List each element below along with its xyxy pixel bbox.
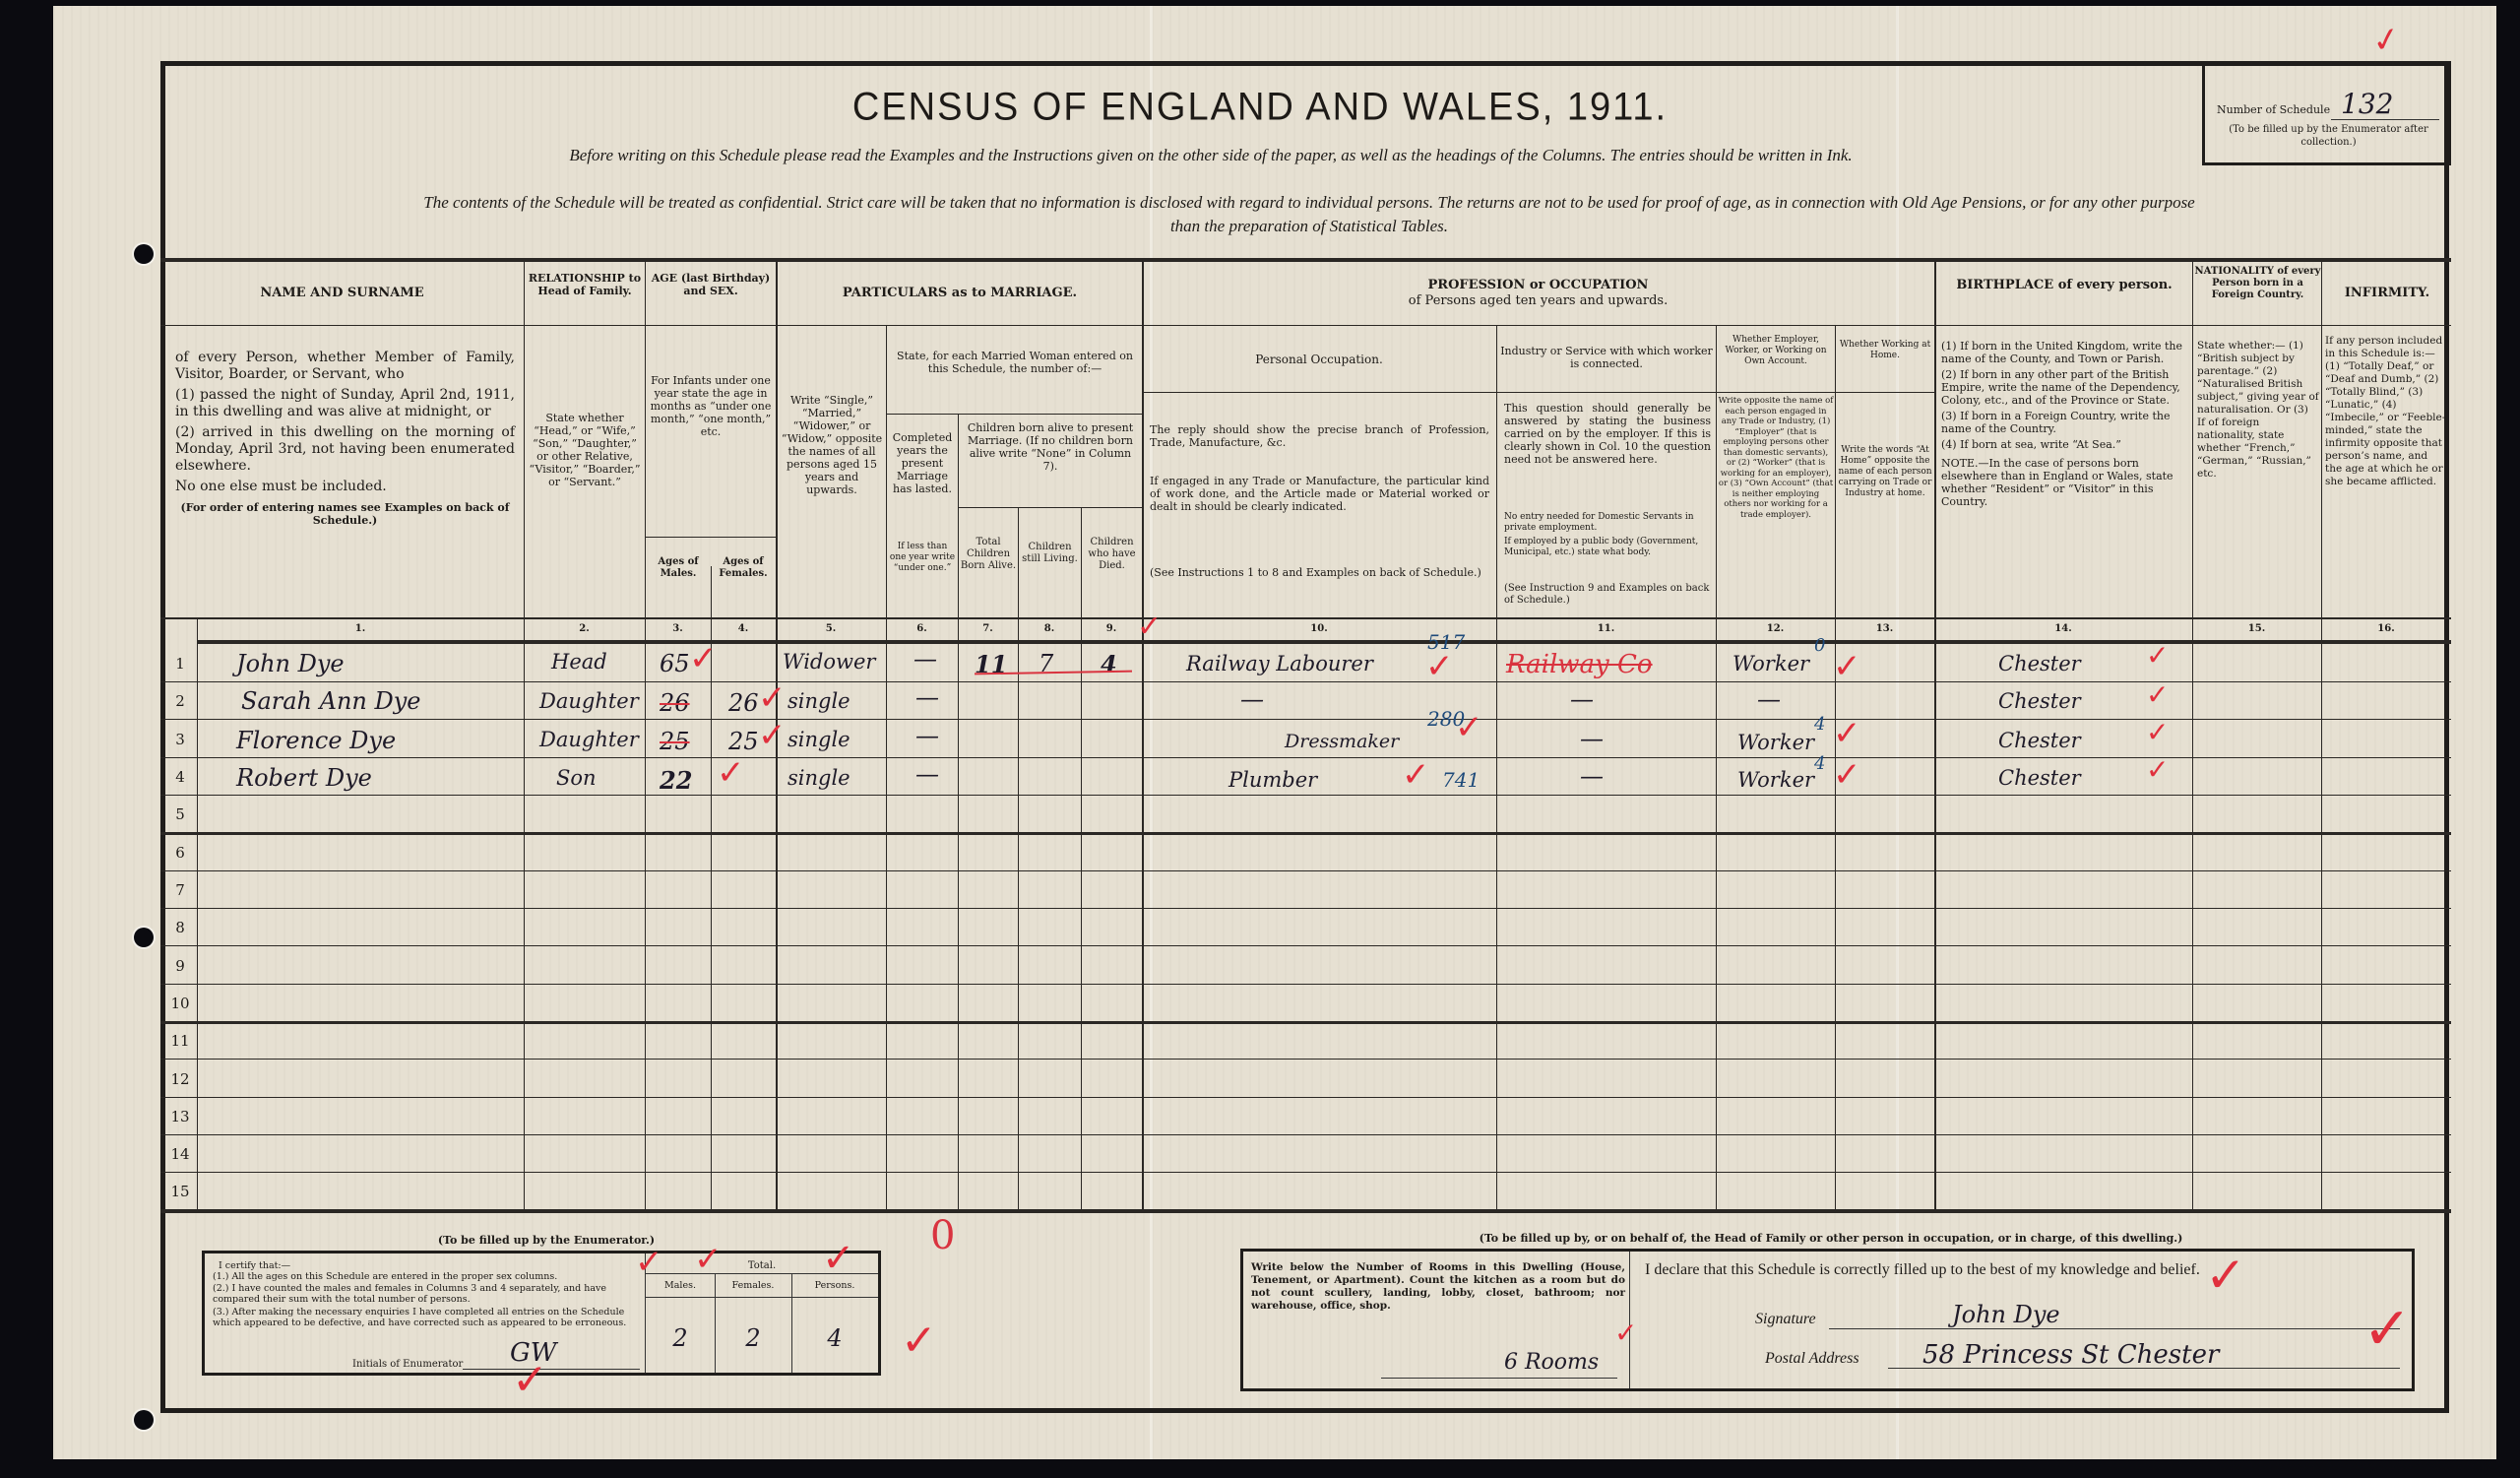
- row-number: 2: [162, 692, 198, 710]
- header-name: NAME AND SURNAME: [160, 286, 524, 300]
- row-number: 10: [162, 995, 198, 1012]
- row-number: 4: [162, 768, 198, 786]
- data-top-rule: [197, 640, 2451, 644]
- column-number: 1.: [197, 623, 524, 634]
- cell-employer-code: 4: [1814, 753, 1825, 774]
- industry-desc-2: No entry needed for Domestic Servants in…: [1504, 512, 1711, 534]
- red-check-icon: ✓: [1137, 612, 1162, 642]
- subheader-rule: [958, 507, 1142, 508]
- rooms-value[interactable]: 6 Rooms: [1504, 1350, 1599, 1375]
- persons-total[interactable]: 4: [791, 1324, 878, 1352]
- col-divider: [1081, 507, 1082, 1209]
- females-label: Females.: [715, 1279, 791, 1292]
- subheader-rule: [1142, 392, 1934, 393]
- column-number: 13.: [1835, 623, 1934, 634]
- schedule-number-value[interactable]: 132: [2341, 88, 2393, 120]
- col-divider: [1716, 325, 1717, 1209]
- cell-industry[interactable]: —: [1580, 725, 1604, 752]
- cell-industry[interactable]: —: [1580, 762, 1604, 790]
- red-check-icon: ✓: [717, 756, 745, 790]
- row-number: 14: [162, 1145, 198, 1163]
- cell-employer[interactable]: Worker: [1737, 731, 1814, 754]
- header-divider: [160, 325, 2451, 326]
- cell-birthplace[interactable]: Chester: [1998, 766, 2081, 790]
- children-died-label: Children who have Died.: [1083, 537, 1141, 572]
- column-number: 2.: [524, 623, 645, 634]
- red-check-icon: ✓: [2146, 681, 2169, 709]
- red-check-icon: ✓: [1455, 711, 1483, 744]
- postal-address-value[interactable]: 58 Princess St Chester: [1922, 1340, 2219, 1370]
- birthplace-note: NOTE.—In the case of persons born elsewh…: [1941, 457, 2189, 508]
- column-number: 11.: [1496, 623, 1716, 634]
- birthplace-desc-1: (1) If born in the United Kingdom, write…: [1941, 340, 2189, 365]
- employer-description: Write opposite the name of each person e…: [1718, 396, 1834, 520]
- row-number: 6: [162, 844, 198, 862]
- birthplace-desc-2: (2) If born in any other part of the Bri…: [1941, 368, 2189, 407]
- col-divider: [2321, 258, 2322, 1209]
- industry-desc-4: (See Instruction 9 and Examples on back …: [1504, 583, 1711, 607]
- data-bottom-rule: [160, 1209, 2451, 1213]
- initials-underline: [463, 1369, 640, 1370]
- header-relationship: RELATIONSHIP to Head of Family.: [527, 272, 643, 297]
- cell-occupation[interactable]: Dressmaker: [1285, 731, 1399, 752]
- column-number: 5.: [776, 623, 886, 634]
- certify-item-1: (1.) All the ages on this Schedule are e…: [213, 1271, 646, 1282]
- red-check-icon: ✓: [2146, 719, 2169, 746]
- age-males-label: Ages of Males.: [648, 556, 709, 580]
- cell-birthplace[interactable]: Chester: [1998, 729, 2081, 752]
- column-number-rule: [160, 617, 2451, 619]
- row-number: 15: [162, 1183, 198, 1200]
- row-number: 11: [162, 1032, 198, 1050]
- subheader-rule: [886, 414, 1142, 415]
- red-check-icon: ✓: [822, 1239, 855, 1278]
- completed-years-note: If less than one year write “under one.”: [888, 542, 957, 574]
- header-nationality: NATIONALITY of every Person born in a Fo…: [2194, 266, 2321, 301]
- married-woman-description: State, for each Married Woman entered on…: [891, 350, 1139, 375]
- punch-hole: [134, 244, 154, 264]
- personal-occupation-desc-2: If engaged in any Trade or Manufacture, …: [1150, 475, 1489, 513]
- red-check-icon: ✓: [694, 1243, 723, 1276]
- red-check-icon: ✓: [1425, 650, 1454, 683]
- column-number: 8.: [1018, 623, 1081, 634]
- confidential-line-1: The contents of the Schedule will be tre…: [177, 193, 2441, 213]
- cell-name[interactable]: Robert Dye: [236, 764, 372, 792]
- cell-years[interactable]: —: [913, 645, 937, 673]
- header-birthplace: BIRTHPLACE of every person.: [1936, 278, 2192, 292]
- red-check-icon: ✓: [1833, 717, 1861, 750]
- cell-years[interactable]: —: [915, 760, 939, 788]
- row-number: 7: [162, 881, 198, 899]
- total-children-label: Total Children Born Alive.: [960, 537, 1017, 572]
- name-desc-3: No one else must be included.: [175, 479, 515, 495]
- cell-relationship[interactable]: Daughter: [539, 728, 639, 751]
- birthplace-desc-4: (4) If born at sea, write “At Sea.”: [1941, 438, 2189, 451]
- males-total[interactable]: 2: [646, 1324, 715, 1352]
- red-check-icon: ✓: [1833, 758, 1861, 792]
- cell-industry[interactable]: Railway Co: [1506, 650, 1653, 679]
- head-of-family-heading: (To be filled up by, or on behalf of, th…: [1339, 1231, 2323, 1246]
- cell-age-male[interactable]: 22: [660, 766, 692, 795]
- marriage-write-description: Write “Single,” “Married,” “Widower,” or…: [780, 394, 884, 496]
- cell-occupation-code: 741: [1442, 768, 1480, 792]
- red-check-icon: ✓: [1402, 758, 1430, 792]
- name-desc-4: (For order of entering names see Example…: [175, 501, 515, 527]
- cell-marriage[interactable]: single: [787, 728, 850, 751]
- cell-name[interactable]: Florence Dye: [236, 727, 396, 754]
- row-number: 9: [162, 957, 198, 975]
- postal-address-label: Postal Address: [1765, 1350, 1859, 1368]
- row-rule: [160, 681, 2451, 682]
- name-desc-1: (1) passed the night of Sunday, April 2n…: [175, 387, 515, 420]
- cell-relationship[interactable]: Head: [551, 650, 607, 674]
- signature-underline: [1829, 1328, 2400, 1329]
- col-divider: [1934, 258, 1936, 1209]
- row-rule: [160, 1134, 2451, 1135]
- row-number: 5: [162, 805, 198, 823]
- industry-desc-1: This question should generally be answer…: [1504, 402, 1711, 466]
- instruction-line: Before writing on this Schedule please r…: [295, 146, 2126, 165]
- cell-marriage[interactable]: single: [787, 766, 850, 790]
- signature-value[interactable]: John Dye: [1952, 1301, 2060, 1328]
- header-age: AGE (last Birthday) and SEX.: [648, 272, 774, 297]
- red-check-icon: ✓: [2362, 1300, 2412, 1359]
- red-check-icon: ✓: [1833, 650, 1861, 683]
- certify-item-2: (2.) I have counted the males and female…: [213, 1283, 646, 1305]
- red-check-icon: ✓: [2205, 1251, 2246, 1300]
- row-rule: [160, 1172, 2451, 1173]
- confidential-line-2: than the preparation of Statistical Tabl…: [177, 217, 2441, 236]
- row-rule: [160, 757, 2451, 758]
- row-rule: [160, 945, 2451, 946]
- row-rule: [160, 870, 2451, 871]
- row-rule-heavy: [160, 832, 2451, 835]
- declaration-text: I declare that this Schedule is correctl…: [1645, 1261, 2200, 1279]
- cell-occupation[interactable]: Plumber: [1228, 768, 1317, 792]
- home-description: Write the words “At Home” opposite the n…: [1837, 445, 1933, 499]
- name-desc-2: (2) arrived in this dwelling on the morn…: [175, 424, 515, 475]
- cell-name[interactable]: Sarah Ann Dye: [241, 687, 421, 715]
- table-top-rule: [160, 258, 2451, 262]
- rooms-underline: [1381, 1378, 1617, 1379]
- name-description: of every Person, whether Member of Famil…: [175, 350, 515, 527]
- industry-header: Industry or Service with which worker is…: [1499, 345, 1714, 370]
- column-number: 3.: [645, 623, 711, 634]
- col-divider: [1496, 325, 1497, 1209]
- red-check-icon: ✓: [901, 1319, 937, 1363]
- column-number: 4.: [711, 623, 776, 634]
- birthplace-description: (1) If born in the United Kingdom, write…: [1941, 340, 2189, 508]
- col-divider: [1018, 507, 1019, 1209]
- cell-years[interactable]: —: [915, 722, 939, 749]
- cell-birthplace[interactable]: Chester: [1998, 689, 2081, 713]
- age-females-label: Ages of Females.: [713, 556, 774, 580]
- employer-header: Whether Employer, Worker, or Working on …: [1718, 335, 1834, 367]
- row-rule: [160, 984, 2451, 985]
- children-living-label: Children still Living.: [1020, 542, 1080, 565]
- col-divider: [524, 258, 525, 1209]
- red-zero-mark: 0: [930, 1213, 955, 1258]
- red-check-icon: ✓: [512, 1359, 548, 1402]
- punch-hole: [134, 1410, 154, 1430]
- personal-occupation-desc-3: (See Instructions 1 to 8 and Examples on…: [1150, 566, 1489, 579]
- subheader-rule: [645, 537, 776, 538]
- cell-marriage[interactable]: Widower: [783, 650, 875, 674]
- age-infants-description: For Infants under one year state the age…: [648, 374, 774, 438]
- header-profession-sub: of Persons aged ten years and upwards.: [1142, 293, 1934, 308]
- schedule-number-label: Number of Schedule: [2217, 103, 2330, 116]
- column-number: 12.: [1716, 623, 1835, 634]
- red-check-icon: ✓: [635, 1246, 663, 1279]
- row-number: 8: [162, 919, 198, 936]
- row-rule: [160, 1059, 2451, 1060]
- row-number: 1: [162, 655, 198, 673]
- column-number: 16.: [2321, 623, 2451, 634]
- cell-occupation[interactable]: Railway Labourer: [1186, 652, 1373, 675]
- cell-employer[interactable]: Worker: [1732, 652, 1809, 675]
- personal-occupation-header: Personal Occupation.: [1144, 353, 1494, 366]
- schedule-number-note: (To be filled up by the Enumerator after…: [2213, 123, 2444, 149]
- row-rule-heavy: [160, 1021, 2451, 1024]
- row-rule: [160, 1097, 2451, 1098]
- row-rule: [160, 719, 2451, 720]
- cell-occupation[interactable]: —: [1240, 685, 1264, 713]
- cell-years[interactable]: —: [915, 683, 939, 711]
- females-total[interactable]: 2: [715, 1324, 791, 1352]
- header-infirmity: INFIRMITY.: [2323, 286, 2451, 300]
- cell-employer-code: 4: [1814, 714, 1825, 735]
- column-number: 15.: [2192, 623, 2321, 634]
- children-born-description: Children born alive to present Marriage.…: [961, 421, 1140, 473]
- row-rule: [160, 908, 2451, 909]
- red-check-icon: ✓: [758, 681, 787, 715]
- completed-years-description: Completed years the present Marriage has…: [888, 431, 957, 495]
- row-number: 12: [162, 1070, 198, 1088]
- col-divider: [645, 258, 646, 1209]
- name-desc-main: of every Person, whether Member of Famil…: [175, 350, 515, 383]
- cell-industry[interactable]: —: [1570, 685, 1594, 713]
- cell-relationship[interactable]: Son: [556, 766, 597, 790]
- cell-age-male[interactable]: 25: [660, 728, 690, 755]
- red-check-icon: ✓: [1614, 1319, 1637, 1347]
- header-marriage: PARTICULARS as to MARRIAGE.: [778, 286, 1142, 300]
- cell-employer[interactable]: —: [1757, 685, 1781, 713]
- col-divider: [958, 414, 959, 1209]
- column-number: 9.: [1081, 623, 1142, 634]
- cell-died[interactable]: 4: [1101, 650, 1117, 678]
- total-rule: [646, 1297, 878, 1298]
- row-number: 3: [162, 731, 198, 748]
- cell-age-male[interactable]: 26: [660, 689, 690, 717]
- red-check-icon: ✓: [758, 719, 787, 752]
- enumerator-heading: (To be filled up by the Enumerator.): [340, 1233, 753, 1248]
- punch-hole: [134, 928, 154, 947]
- red-check-icon: ✓: [689, 642, 718, 675]
- red-check-icon: ✓: [2146, 756, 2169, 784]
- initials-label: Initials of Enumerator: [352, 1358, 463, 1371]
- cell-age-male[interactable]: 65: [660, 650, 690, 677]
- birthplace-desc-3: (3) If born in a Foreign Country, write …: [1941, 410, 2189, 435]
- column-number: 14.: [1934, 623, 2192, 634]
- home-header: Whether Working at Home.: [1837, 340, 1933, 361]
- relationship-description: State whether “Head,” or “Wife,” “Son,” …: [529, 412, 641, 488]
- cell-age-female[interactable]: 25: [728, 728, 759, 755]
- red-check-icon: ✓: [2146, 642, 2169, 670]
- col-divider: [1142, 258, 1144, 1209]
- row-rule: [160, 795, 2451, 796]
- red-check-icon: ✓: [2369, 22, 2403, 59]
- cell-marriage[interactable]: single: [787, 689, 850, 713]
- nationality-description: State whether:— (1) “British subject by …: [2197, 340, 2319, 481]
- row-number: 13: [162, 1108, 198, 1125]
- schedule-number-box: Number of Schedule 132 (To be filled up …: [2202, 61, 2451, 165]
- cell-age-female[interactable]: 26: [728, 689, 759, 717]
- cell-name[interactable]: John Dye: [236, 650, 345, 677]
- cell-birthplace[interactable]: Chester: [1998, 652, 2081, 675]
- column-number: 7.: [958, 623, 1018, 634]
- rooms-instruction: Write below the Number of Rooms in this …: [1251, 1261, 1625, 1313]
- cell-employer[interactable]: Worker: [1737, 768, 1814, 792]
- certify-item-3: (3.) After making the necessary enquirie…: [213, 1307, 646, 1328]
- col-divider: [2192, 258, 2193, 1209]
- header-profession: PROFESSION or OCCUPATION: [1142, 278, 1934, 292]
- cell-employer-code: 0: [1814, 635, 1825, 656]
- personal-occupation-desc-1: The reply should show the precise branch…: [1150, 423, 1489, 449]
- page-title: CENSUS OF ENGLAND AND WALES, 1911.: [0, 86, 2520, 130]
- cell-relationship[interactable]: Daughter: [539, 689, 639, 713]
- infirmity-description: If any person included in this Schedule …: [2325, 335, 2447, 488]
- column-number: 6.: [886, 623, 958, 634]
- industry-desc-3: If employed by a public body (Government…: [1504, 537, 1711, 558]
- signature-label: Signature: [1755, 1311, 1816, 1328]
- col-divider: [886, 325, 887, 1209]
